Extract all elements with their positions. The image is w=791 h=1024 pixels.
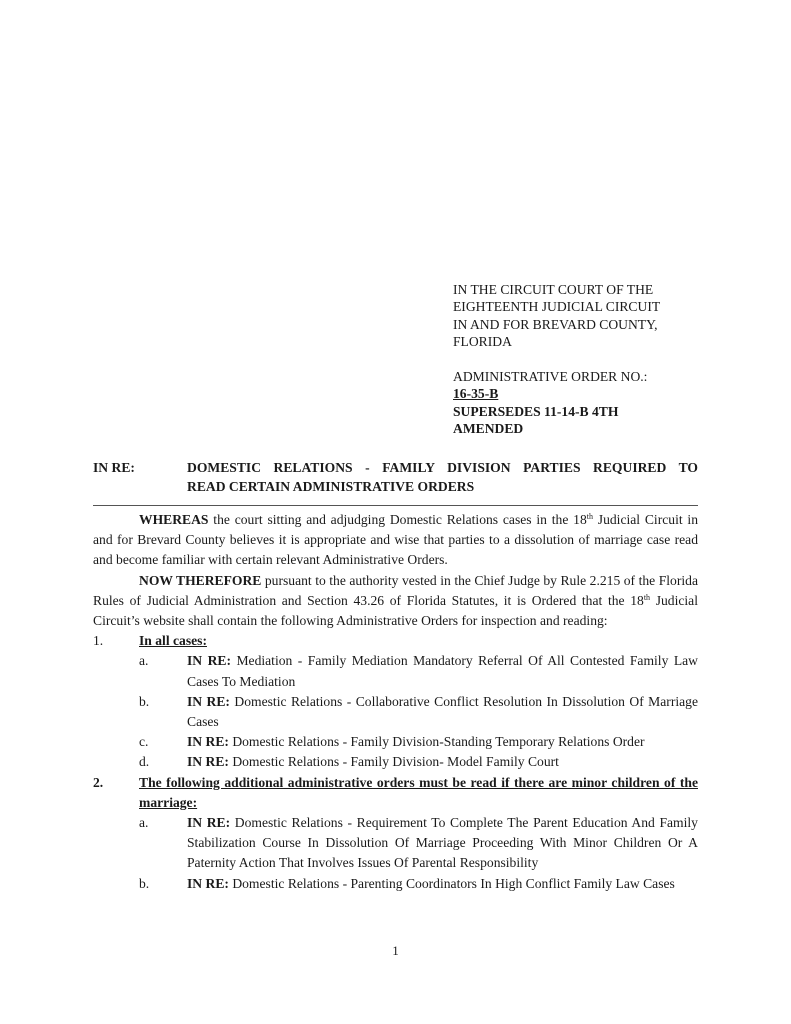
item-text: IN RE: Domestic Relations - Parenting Co… [187,874,698,894]
now-therefore-lead: NOW THEREFORE [139,573,261,588]
item-text: IN RE: Domestic Relations - Family Divis… [187,732,698,752]
list-item: b. IN RE: Domestic Relations - Collabora… [139,692,698,732]
document-body: WHEREAS the court sitting and adjudging … [93,510,698,894]
in-re-title-line: READ CERTAIN ADMINISTRATIVE ORDERS [187,479,474,494]
court-line: IN THE CIRCUIT COURT OF THE [453,281,743,298]
whereas-paragraph: WHEREAS the court sitting and adjudging … [93,510,698,571]
horizontal-rule [93,505,698,506]
item-text: IN RE: Domestic Relations - Collaborativ… [187,692,698,732]
whereas-lead: WHEREAS [139,512,209,527]
list-item: a. IN RE: Domestic Relations - Requireme… [139,813,698,874]
list-item: b. IN RE: Domestic Relations - Parenting… [139,874,698,894]
order-label: ADMINISTRATIVE ORDER NO.: [453,368,743,385]
supersedes-line: SUPERSEDES 11-14-B 4TH [453,403,743,420]
section-heading: In all cases: [139,631,207,651]
item-letter: a. [139,651,187,691]
page-number: 1 [0,943,791,959]
item-text: IN RE: Domestic Relations - Requirement … [187,813,698,874]
section-2-heading: 2. The following additional administrati… [93,773,698,813]
court-caption: IN THE CIRCUIT COURT OF THE EIGHTEENTH J… [453,281,743,438]
item-letter: a. [139,813,187,874]
list-item: c. IN RE: Domestic Relations - Family Di… [139,732,698,752]
item-text: IN RE: Mediation - Family Mediation Mand… [187,651,698,691]
section-1-heading: 1. In all cases: [93,631,698,651]
court-line: IN AND FOR BREVARD COUNTY, [453,316,743,333]
now-therefore-paragraph: NOW THEREFORE pursuant to the authority … [93,571,698,632]
item-letter: b. [139,692,187,732]
in-re-title-line: DOMESTIC RELATIONS - FAMILY DIVISION PAR… [187,458,698,477]
paragraph-text: the court sitting and adjudging Domestic… [209,512,587,527]
item-text: IN RE: Domestic Relations - Family Divis… [187,752,698,772]
item-letter: c. [139,732,187,752]
list-item: d. IN RE: Domestic Relations - Family Di… [139,752,698,772]
court-line: FLORIDA [453,333,743,350]
in-re-title: DOMESTIC RELATIONS - FAMILY DIVISION PAR… [187,458,698,496]
item-letter: d. [139,752,187,772]
section-number: 2. [93,773,139,813]
order-number: 16-35-B [453,386,498,401]
supersedes-line: AMENDED [453,420,743,437]
list-item: a. IN RE: Mediation - Family Mediation M… [139,651,698,691]
spacer [453,351,743,368]
in-re-label: IN RE: [93,458,135,477]
section-number: 1. [93,631,139,651]
item-letter: b. [139,874,187,894]
section-heading: The following additional administrative … [139,773,698,813]
court-line: EIGHTEENTH JUDICIAL CIRCUIT [453,298,743,315]
